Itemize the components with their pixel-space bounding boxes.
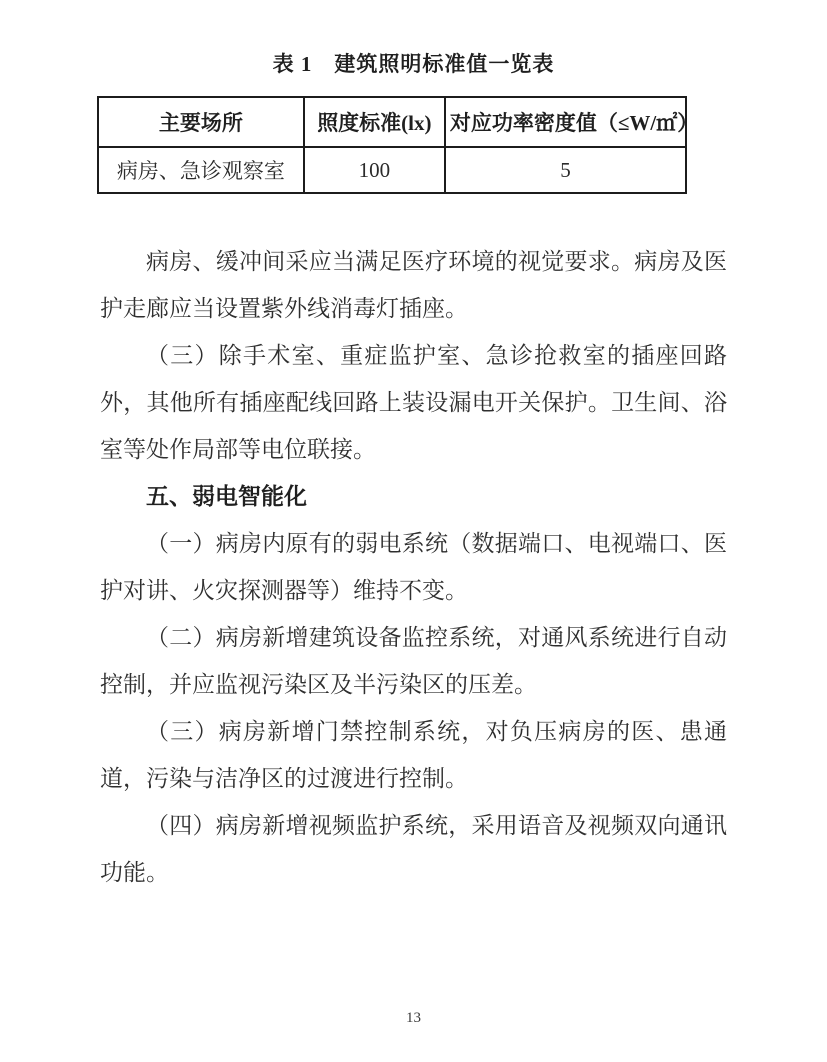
table-cell-place: 病房、急诊观察室: [98, 147, 304, 193]
paragraph-lighting-requirements: 病房、缓冲间采应当满足医疗环境的视觉要求。病房及医护走廊应当设置紫外线消毒灯插座…: [100, 238, 727, 332]
paragraph-socket-protection: （三）除手术室、重症监护室、急诊抢救室的插座回路外，其他所有插座配线回路上装设漏…: [100, 332, 727, 473]
paragraph-access-control: （三）病房新增门禁控制系统，对负压病房的医、患通道，污染与洁净区的过渡进行控制。: [100, 708, 727, 802]
paragraph-building-monitoring: （二）病房新增建筑设备监控系统，对通风系统进行自动控制，并应监视污染区及半污染区…: [100, 614, 727, 708]
table-header-cell-illuminance: 照度标准(lx): [304, 97, 445, 147]
document-page: 表 1 建筑照明标准值一览表 主要场所 照度标准(lx) 对应功率密度值（≤W/…: [0, 0, 827, 1062]
table-cell-illuminance: 100: [304, 147, 445, 193]
table-header-row: 主要场所 照度标准(lx) 对应功率密度值（≤W/㎡）: [98, 97, 686, 147]
table-caption: 表 1 建筑照明标准值一览表: [100, 48, 727, 78]
table-row: 病房、急诊观察室 100 5: [98, 147, 686, 193]
body-text: 病房、缓冲间采应当满足医疗环境的视觉要求。病房及医护走廊应当设置紫外线消毒灯插座…: [100, 238, 727, 896]
lighting-standards-table: 主要场所 照度标准(lx) 对应功率密度值（≤W/㎡） 病房、急诊观察室 100…: [97, 96, 687, 194]
paragraph-existing-systems: （一）病房内原有的弱电系统（数据端口、电视端口、医护对讲、火灾探测器等）维持不变…: [100, 520, 727, 614]
page-content: 表 1 建筑照明标准值一览表 主要场所 照度标准(lx) 对应功率密度值（≤W/…: [100, 48, 727, 896]
section-heading-weak-current: 五、弱电智能化: [100, 473, 727, 520]
table-header-cell-power-density: 对应功率密度值（≤W/㎡）: [445, 97, 686, 147]
paragraph-video-monitoring: （四）病房新增视频监护系统，采用语音及视频双向通讯功能。: [100, 802, 727, 896]
table-header-cell-place: 主要场所: [98, 97, 304, 147]
page-number: 13: [0, 1010, 827, 1027]
table-cell-power-density: 5: [445, 147, 686, 193]
